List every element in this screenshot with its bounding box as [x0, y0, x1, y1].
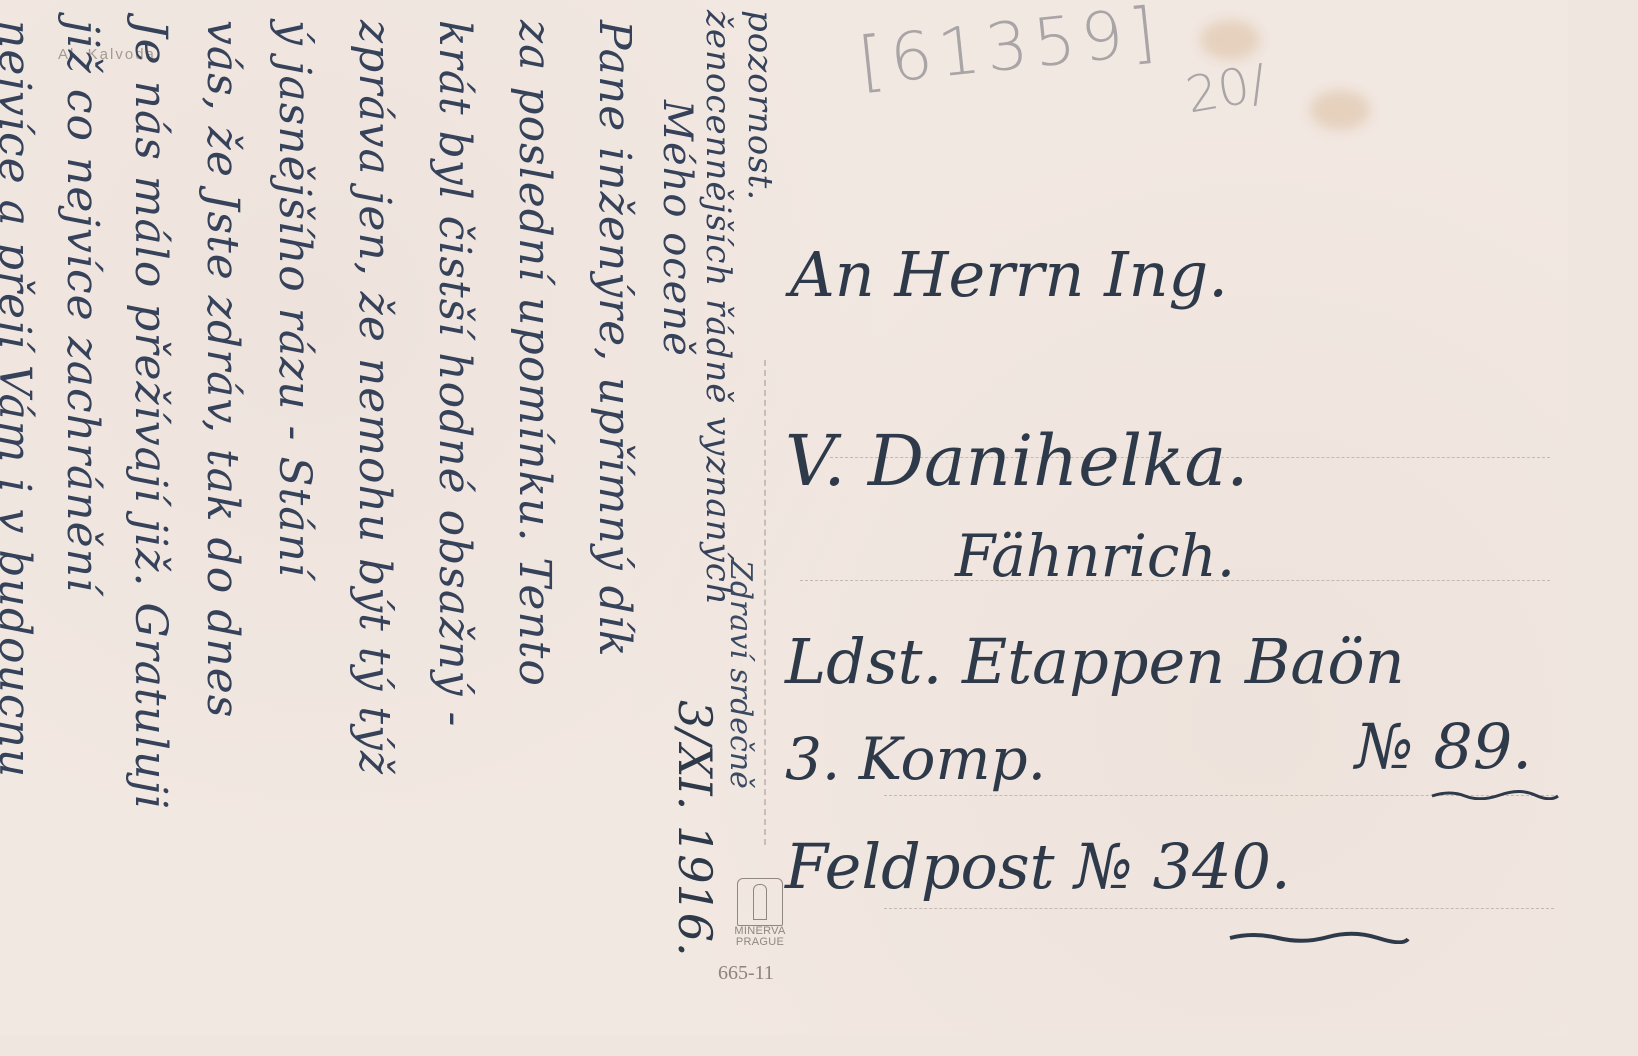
underline-flourish — [1228, 930, 1410, 944]
message-line: krát byl čistší hodné obsažný - — [429, 20, 480, 727]
address-guide-line — [884, 908, 1554, 909]
card-divider — [764, 360, 766, 845]
message-closing: Zdraví srdečně — [723, 560, 758, 789]
message-line: zpráva jen, že nemohu být tý týž — [349, 20, 400, 775]
address-company: 3. Komp. — [785, 725, 1046, 793]
message-line: vás, že Jste zdráv, tak do dnes — [197, 20, 248, 718]
paper-stain — [1310, 90, 1370, 130]
underline-flourish — [1430, 790, 1560, 800]
catalog-number: 665-11 — [718, 962, 774, 985]
message-line: pozornost. — [740, 10, 780, 201]
address-salutation: An Herrn Ing. — [790, 238, 1228, 311]
message-line: nejvíce a přejí Vám i v budoucnu — [0, 20, 40, 778]
printer-logo: MINERVA PRAGUE — [733, 878, 787, 948]
message-line: Mého oceně — [654, 100, 700, 357]
address-name: V. Danihelka. — [785, 420, 1248, 502]
message-line: Je nás málo přežívají již. Gratuluji — [125, 20, 176, 810]
address-feldpost: Feldpost № 340. — [785, 830, 1291, 903]
printer-logo-line2: PRAGUE — [733, 937, 787, 948]
address-battalion-number: № 89. — [1355, 710, 1532, 783]
message-line: za poslední upomínku. Tento — [509, 20, 560, 687]
message-line: již co nejvíce zachránění — [57, 20, 108, 593]
paper-stain — [1200, 20, 1260, 60]
address-rank: Fähnrich. — [955, 522, 1235, 590]
address-unit: Ldst. Etappen Baön — [785, 625, 1405, 698]
postcard-back: Al. Kalvoda [61359] 20/ An Herrn Ing. V.… — [0, 0, 1568, 1035]
message-date: 3/XI. 1916. — [668, 700, 722, 957]
message-line: Pane inženýre, upřímný dík — [589, 20, 640, 658]
minerva-figure-icon — [737, 878, 783, 926]
message-line: ý jasnějšího rázu - Stání — [269, 20, 320, 578]
archive-pencil-number: [61359] — [855, 0, 1165, 101]
archive-pencil-note: 20/ — [1182, 53, 1271, 124]
message-line: ženocennějších řádně vyznaných — [698, 10, 738, 606]
